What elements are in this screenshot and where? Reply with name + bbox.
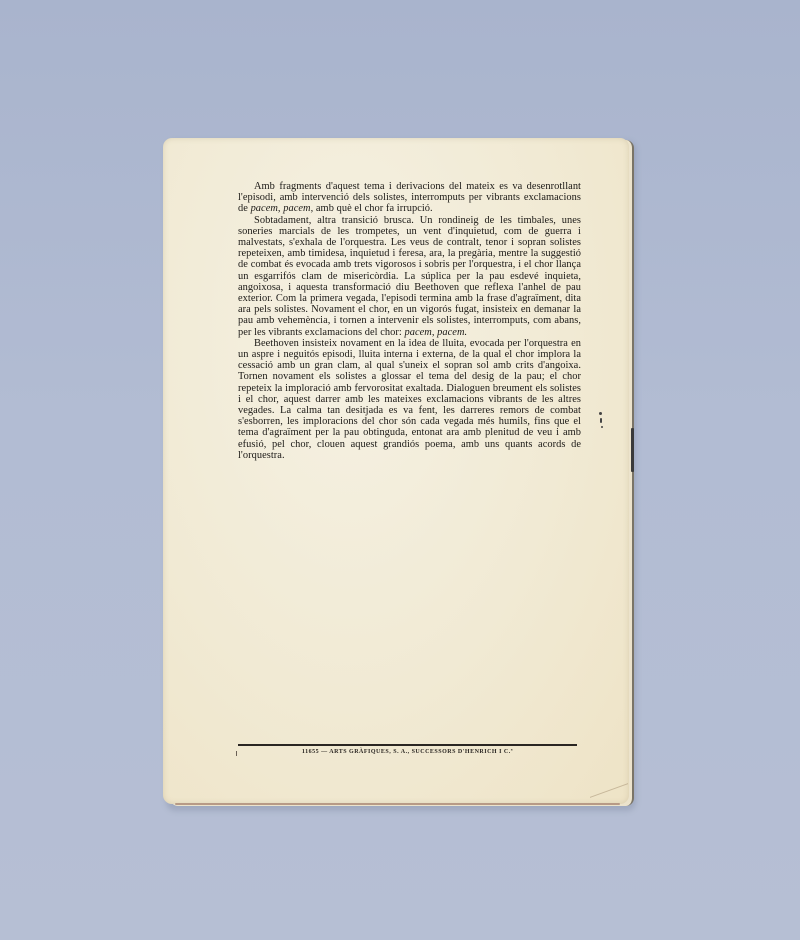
spine-mark (631, 428, 634, 472)
page-bottom-edge (175, 803, 620, 805)
ink-speck (600, 418, 602, 423)
footer-tick-mark (236, 751, 237, 756)
ink-speck (599, 412, 602, 415)
italic-phrase: pacem, pacem. (404, 327, 467, 338)
italic-phrase: pacem, pacem, (251, 203, 314, 214)
paragraph: Beethoven insisteix novament en la idea … (238, 338, 581, 461)
ink-speck (601, 426, 603, 428)
body-text: Amb fragments d'aquest tema i derivacion… (238, 181, 581, 461)
footer-rule (238, 744, 577, 746)
printer-imprint: 11655 — ARTS GRÀFIQUES, S. A., SUCCESSOR… (238, 749, 577, 755)
paragraph: Sobtadament, altra transició brusca. Un … (238, 215, 581, 338)
paragraph: Amb fragments d'aquest tema i derivacion… (238, 181, 581, 215)
